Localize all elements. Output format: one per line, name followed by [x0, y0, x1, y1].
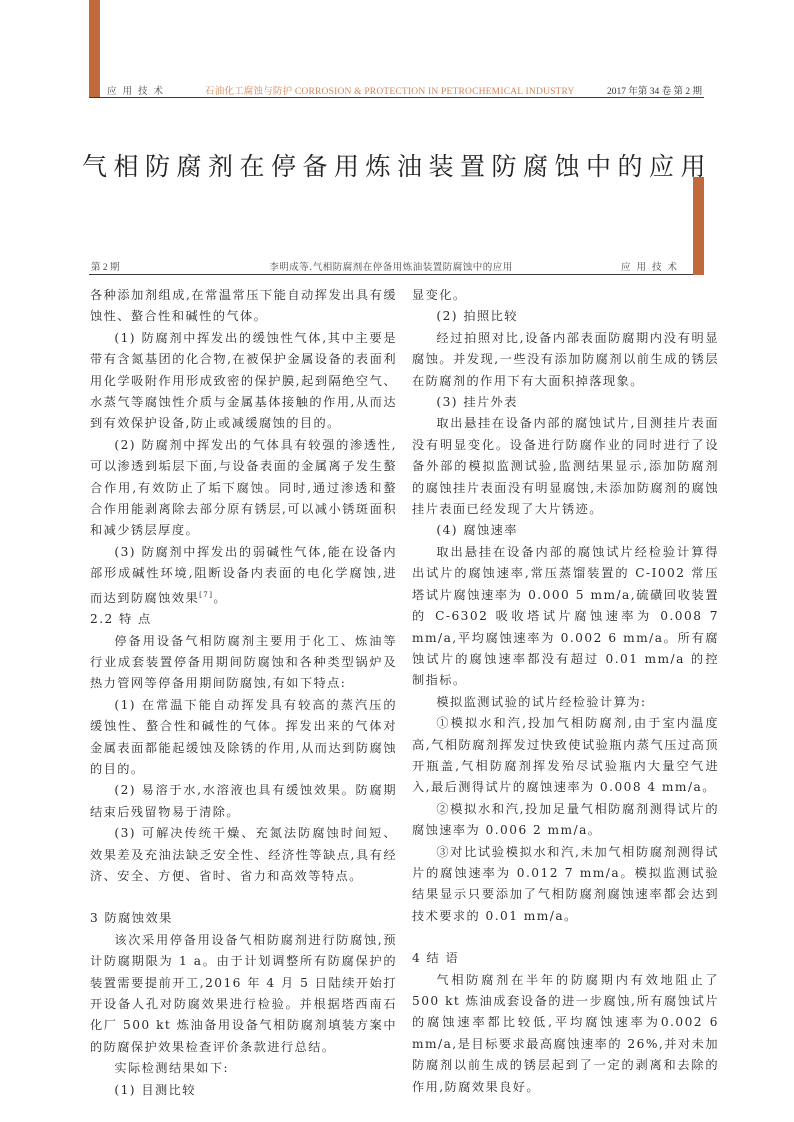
- article-title: 气相防腐剂在停备用炼油装置防腐蚀中的应用: [0, 147, 794, 183]
- paragraph-end: 。: [213, 591, 227, 605]
- running-title: 李明成等.气相防腐剂在停备用炼油装置防腐蚀中的应用: [89, 259, 693, 273]
- paragraph-text: (3) 防腐剂中挥发出的弱碱性气体,能在设备内部形成碱性环境,阻断设备内表面的电…: [90, 545, 397, 605]
- subheading-photo: (2) 拍照比较: [412, 306, 719, 327]
- section-heading-3: 3 防腐蚀效果: [90, 908, 397, 929]
- paragraph: 模拟监测试验的试片经检验计算为:: [412, 692, 719, 713]
- paragraph: (1) 防腐剂中挥发出的缓蚀性气体,其中主要是带有含氮基团的化合物,在被保护金属…: [90, 328, 397, 435]
- journal-name: 石油化工腐蚀与防护 CORROSION & PROTECTION IN PETR…: [205, 83, 575, 97]
- paragraph: ①模拟水和汽,投加气相防腐剂,由于室内温度高,气相防腐剂挥发过快致使试验瓶内蒸气…: [412, 713, 719, 799]
- paragraph: ③对比试验模拟水和汽,未加气相防腐剂测得试片的腐蚀速率为 0.012 7 mm/…: [412, 842, 719, 928]
- journal-header: 应用技术 石油化工腐蚀与防护 CORROSION & PROTECTION IN…: [89, 80, 704, 98]
- running-header: 第 2 期 李明成等.气相防腐剂在停备用炼油装置防腐蚀中的应用 应用技术: [89, 257, 693, 275]
- paragraph: (2) 防腐剂中挥发出的气体具有较强的渗透性,可以渗透到垢层下面,与设备表面的金…: [90, 435, 397, 542]
- paragraph: 气相防腐剂在半年的防腐期内有效地阻止了 500 kt 炼油成套设备的进一步腐蚀,…: [412, 970, 719, 1098]
- subheading-coupon: (3) 挂片外表: [412, 392, 719, 413]
- paragraph: 实际检测结果如下:: [90, 1058, 397, 1079]
- subheading-rate: (4) 腐蚀速率: [412, 520, 719, 541]
- paragraph: (1) 在常温下能自动挥发具有较高的蒸汽压的缓蚀性、螯合性和碱性的气体。挥发出来…: [90, 695, 397, 781]
- accent-bar-right: [693, 177, 704, 275]
- section-heading-4: 4 结 语: [412, 948, 719, 969]
- paragraph: 显变化。: [412, 285, 719, 306]
- paragraph: 停备用设备气相防腐剂主要用于化工、炼油等行业成套装置停备用期间防腐蚀和各种类型锅…: [90, 631, 397, 695]
- paragraph: 经过拍照对比,设备内部表面防腐期内没有明显腐蚀。并发现,一些没有添加防腐剂以前生…: [412, 328, 719, 392]
- section-heading-2-2: 2.2 特 点: [90, 609, 397, 630]
- paragraph: ②模拟水和汽,投加足量气相防腐剂测得试片的腐蚀速率为 0.006 2 mm/a。: [412, 799, 719, 842]
- paragraph: (3) 可解决传统干燥、充氮法防腐蚀时间短、效果差及充油法缺乏安全性、经济性等缺…: [90, 823, 397, 887]
- citation-ref[interactable]: [7]: [199, 591, 213, 599]
- paragraph: 各种添加剂组成,在常温常压下能自动挥发出具有缓蚀性、螯合性和碱性的气体。: [90, 285, 397, 328]
- section-label: 应用技术: [107, 83, 169, 97]
- running-section: 应用技术: [621, 259, 683, 273]
- paragraph: (2) 易溶于水,水溶液也具有缓蚀效果。防腐期结束后残留物易于清除。: [90, 780, 397, 823]
- paragraph: 该次采用停备用设备气相防腐剂进行防腐蚀,预计防腐期限为 1 a。由于计划调整所有…: [90, 930, 397, 1058]
- paragraph: (1) 目测比较: [90, 1080, 397, 1101]
- paragraph: 取出悬挂在设备内部的腐蚀试片经检验计算得出试片的腐蚀速率,常压蒸馏装置的 C-I…: [412, 542, 719, 692]
- paragraph: 取出悬挂在设备内部的腐蚀试片,目测挂片表面没有明显变化。设备进行防腐作业的同时进…: [412, 413, 719, 520]
- right-column: 显变化。 (2) 拍照比较 经过拍照对比,设备内部表面防腐期内没有明显腐蚀。并发…: [412, 285, 719, 1098]
- left-column: 各种添加剂组成,在常温常压下能自动挥发出具有缓蚀性、螯合性和碱性的气体。 (1)…: [90, 285, 397, 1101]
- issue-label: 2017 年第 34 卷 第 2 期: [607, 83, 702, 97]
- paragraph: (3) 防腐剂中挥发出的弱碱性气体,能在设备内部形成碱性环境,阻断设备内表面的电…: [90, 542, 397, 609]
